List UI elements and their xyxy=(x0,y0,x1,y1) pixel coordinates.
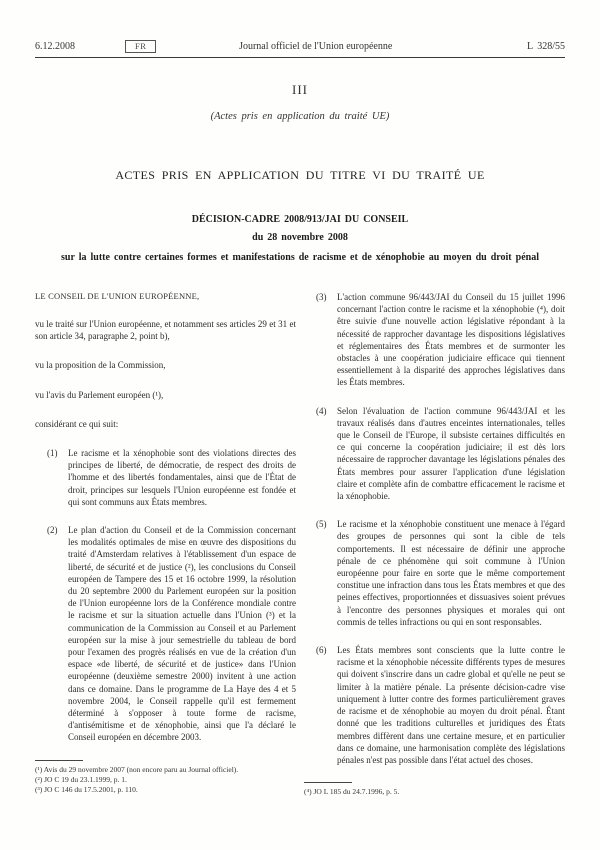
recital-text: Les États membres sont conscients que la… xyxy=(337,644,565,766)
right-column: (3) L'action commune 96/443/JAI du Conse… xyxy=(304,291,565,814)
recital-text: Le racisme et la xénophobie sont des vio… xyxy=(68,447,296,508)
preamble-clause: vu le traité sur l'Union européenne, et … xyxy=(35,318,296,342)
recital-number: (6) xyxy=(316,644,337,766)
act-heading: ACTES PRIS EN APPLICATION DU TITRE VI DU… xyxy=(35,168,565,183)
decision-title: DÉCISION-CADRE 2008/913/JAI DU CONSEIL xyxy=(35,214,565,225)
decision-subject: sur la lutte contre certaines formes et … xyxy=(60,251,540,264)
footnote: (⁴) JO L 185 du 24.7.1996, p. 5. xyxy=(304,787,565,797)
recital-text: Le plan d'action du Conseil et de la Com… xyxy=(68,524,296,744)
recital-number: (4) xyxy=(316,405,337,503)
journal-page: 6.12.2008 FR Journal officiel de l'Union… xyxy=(0,0,600,850)
footnote: (²) JO C 19 du 23.1.1999, p. 1. xyxy=(35,775,296,785)
header-rule xyxy=(35,57,565,58)
recital-3: (3) L'action commune 96/443/JAI du Conse… xyxy=(304,291,565,389)
footnote: (¹) Avis du 29 novembre 2007 (non encore… xyxy=(35,765,296,775)
recital-text: Le racisme et la xénophobie constituent … xyxy=(337,518,565,628)
footnotes-left: (¹) Avis du 29 novembre 2007 (non encore… xyxy=(35,760,296,843)
page-reference: L 328/55 xyxy=(475,41,565,53)
preamble-clause: considérant ce qui suit: xyxy=(35,418,296,430)
footnote-rule xyxy=(35,760,83,761)
body-columns: LE CONSEIL DE L'UNION EUROPÉENNE, vu le … xyxy=(35,291,565,814)
preamble-clause: vu la proposition de la Commission, xyxy=(35,359,296,371)
footnote: (³) JO C 146 du 17.5.2001, p. 110. xyxy=(35,785,296,795)
recital-number: (1) xyxy=(47,447,68,508)
preamble-clause: vu l'avis du Parlement européen (¹), xyxy=(35,389,296,401)
header-date: 6.12.2008 xyxy=(35,41,125,53)
page-header: 6.12.2008 FR Journal officiel de l'Union… xyxy=(35,40,565,53)
section-numeral: III xyxy=(35,82,565,98)
recital-text: Selon l'évaluation de l'action commune 9… xyxy=(337,405,565,503)
recital-number: (2) xyxy=(47,524,68,744)
journal-title: Journal officiel de l'Union européenne xyxy=(156,41,475,53)
recital-4: (4) Selon l'évaluation de l'action commu… xyxy=(304,405,565,503)
recital-5: (5) Le racisme et la xénophobie constitu… xyxy=(304,518,565,628)
language-badge: FR xyxy=(125,40,156,53)
recital-1: (1) Le racisme et la xénophobie sont des… xyxy=(35,447,296,508)
recital-2: (2) Le plan d'action du Conseil et de la… xyxy=(35,524,296,744)
decision-date: du 28 novembre 2008 xyxy=(35,232,565,243)
footnotes-right: (⁴) JO L 185 du 24.7.1996, p. 5. xyxy=(304,782,565,845)
preamble-intro: LE CONSEIL DE L'UNION EUROPÉENNE, xyxy=(35,291,296,301)
recital-number: (5) xyxy=(316,518,337,628)
recital-text: L'action commune 96/443/JAI du Conseil d… xyxy=(337,291,565,389)
left-column: LE CONSEIL DE L'UNION EUROPÉENNE, vu le … xyxy=(35,291,296,814)
recital-number: (3) xyxy=(316,291,337,389)
section-note: (Actes pris en application du traité UE) xyxy=(35,111,565,122)
footnote-rule xyxy=(304,782,352,783)
recital-6: (6) Les États membres sont conscients qu… xyxy=(304,644,565,766)
